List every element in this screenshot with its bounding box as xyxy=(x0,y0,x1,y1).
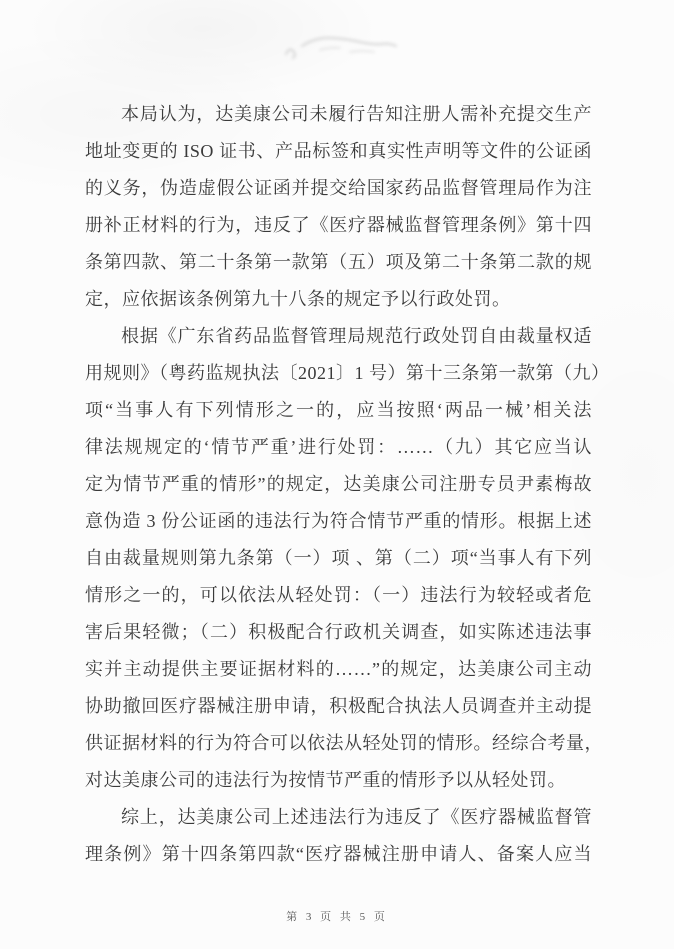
text-line: 意伪造 3 份公证函的违法行为符合情节严重的情形。根据上述 xyxy=(85,503,592,540)
text-line: 综上，达美康公司上述违法行为违反了《医疗器械监督管 xyxy=(85,799,592,836)
scan-smudge-artifact xyxy=(280,28,430,62)
text-line: 用规则》（粤药监规执法〔2021〕1 号）第十三条第一款第（九） xyxy=(85,355,592,392)
text-line: 定，应依据该条例第九十八条的规定予以行政处罚。 xyxy=(85,281,592,318)
text-line: 律法规规定的‘情节严重’进行处罚：……（九）其它应当认 xyxy=(85,429,592,466)
text-line: 实并主动提供主要证据材料的……”的规定，达美康公司主动 xyxy=(85,651,592,688)
text-line: 理条例》第十四条第四款“医疗器械注册申请人、备案人应当 xyxy=(85,836,592,873)
text-line: 供证据材料的行为符合可以依法从轻处罚的情形。经综合考量， xyxy=(85,725,592,762)
text-line: 本局认为，达美康公司未履行告知注册人需补充提交生产 xyxy=(85,96,592,133)
text-line: 自由裁量规则第九条第（一）项 、第（二）项“当事人有下列 xyxy=(85,540,592,577)
text-line: 定为情节严重的情形”的规定，达美康公司注册专员尹素梅故 xyxy=(85,466,592,503)
text-line: 册补正材料的行为，违反了《医疗器械监督管理条例》第十四 xyxy=(85,207,592,244)
text-line: 项“当事人有下列情形之一的，应当按照‘两品一械’相关法 xyxy=(85,392,592,429)
text-line: 害后果轻微；（二）积极配合行政机关调查，如实陈述违法事 xyxy=(85,614,592,651)
document-body: 本局认为，达美康公司未履行告知注册人需补充提交生产 地址变更的 ISO 证书、产… xyxy=(85,96,592,873)
text-line: 情形之一的，可以依法从轻处罚：（一）违法行为较轻或者危 xyxy=(85,577,592,614)
text-line: 协助撤回医疗器械注册申请，积极配合执法人员调查并主动提 xyxy=(85,688,592,725)
text-line: 条第四款、第二十条第一款第（五）项及第二十条第二款的规 xyxy=(85,244,592,281)
page-footer: 第 3 页 共 5 页 xyxy=(0,908,674,924)
scanned-document-page: 本局认为，达美康公司未履行告知注册人需补充提交生产 地址变更的 ISO 证书、产… xyxy=(0,0,674,949)
text-line: 根据《广东省药品监督管理局规范行政处罚自由裁量权适 xyxy=(85,318,592,355)
text-line: 对达美康公司的违法行为按情节严重的情形予以从轻处罚。 xyxy=(85,762,592,799)
text-line: 地址变更的 ISO 证书、产品标签和真实性声明等文件的公证函 xyxy=(85,133,592,170)
text-line: 的义务，伪造虚假公证函并提交给国家药品监督管理局作为注 xyxy=(85,170,592,207)
